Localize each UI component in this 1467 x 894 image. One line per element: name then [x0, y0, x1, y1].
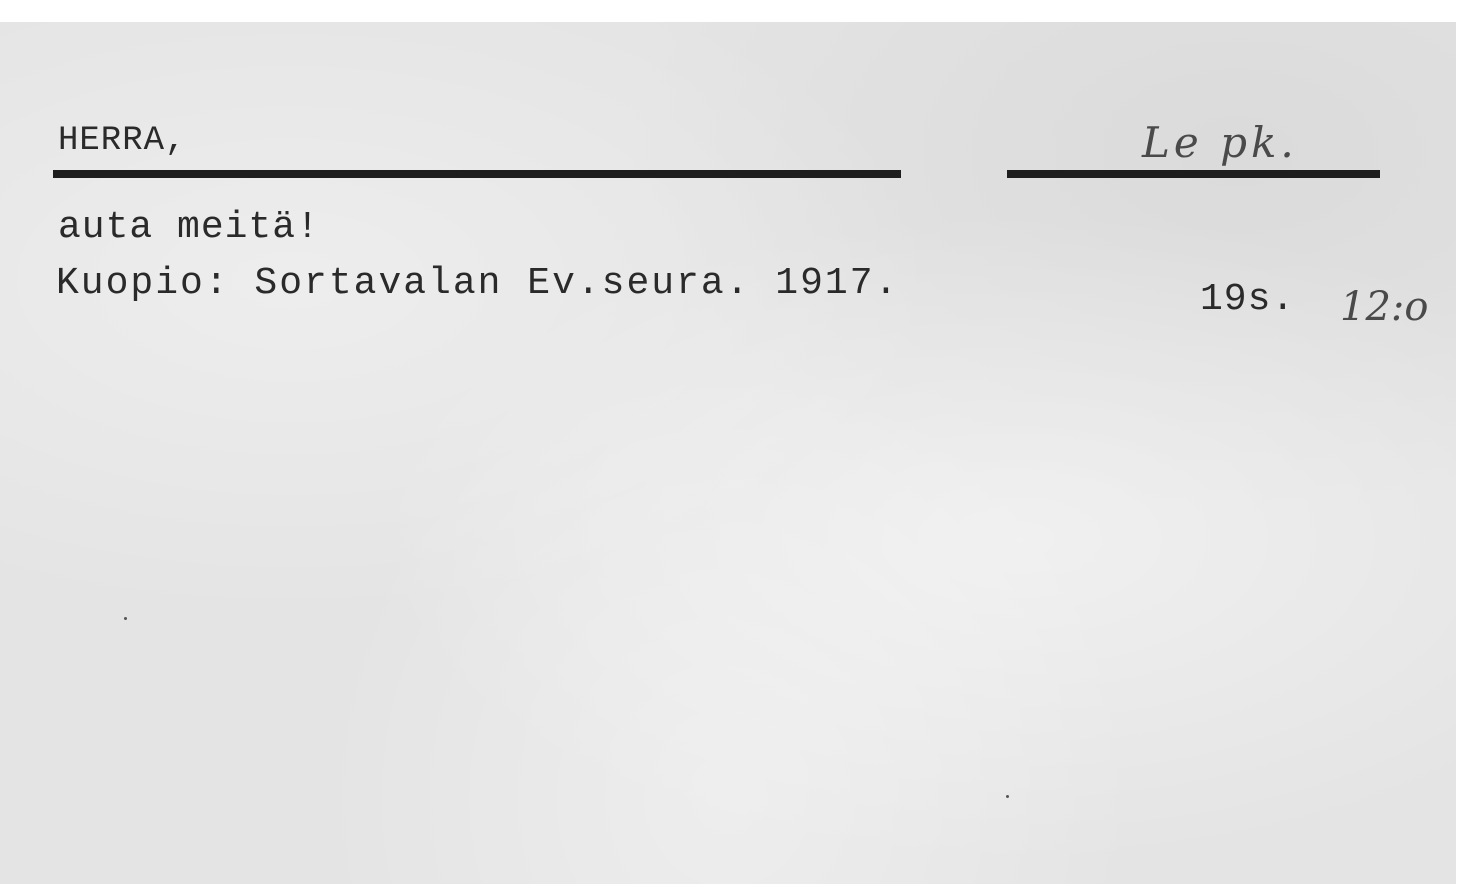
pagination: 19s. [1200, 278, 1295, 321]
paper-speck [1006, 795, 1009, 798]
title-line: auta meitä! [58, 206, 320, 249]
card-heading: HERRA, [58, 122, 186, 160]
catalog-card: HERRA, Le pk. auta meitä! Kuopio: Sortav… [0, 22, 1456, 884]
handwritten-size: 12:o [1340, 284, 1428, 330]
paper-speck [124, 617, 127, 620]
handwritten-shelfmark: Le pk. [1142, 118, 1298, 167]
imprint-line: Kuopio: Sortavalan Ev.seura. 1917. [56, 262, 899, 305]
shelfmark-underline [1007, 170, 1380, 178]
heading-underline [53, 170, 901, 178]
